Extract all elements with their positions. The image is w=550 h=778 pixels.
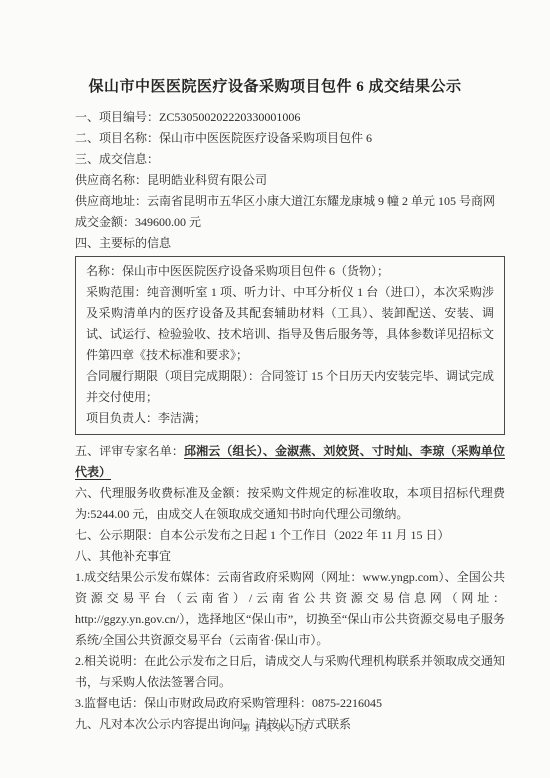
subject-heading: 四、主要标的信息 (75, 233, 505, 254)
supplier-name-line: 供应商名称：昆明皓业科贸有限公司 (75, 170, 505, 191)
other-note3: 3.监督电话：保山市财政局政府采购管理科：0875-2216045 (75, 693, 505, 714)
project-name-label: 二、项目名称： (75, 131, 159, 145)
subject-contract-period: 合同履行期限（项目完成期限）：合同签订 15 个日历天内安装完毕、调试完成并交付… (86, 366, 494, 408)
supplier-address-value: 云南省昆明市五华区小康大道江东耀龙康城 9 幢 2 单元 105 号商网 (147, 194, 495, 208)
experts-line: 五、评审专家名单：邱湘云（组长）、金淑燕、刘姣贤、寸时灿、李琼（采购单位代表） (75, 441, 505, 483)
deal-info-heading: 三、成交信息： (75, 149, 505, 170)
subject-name: 名称：保山市中医医院医疗设备采购项目包件 6（货物）； (86, 261, 494, 282)
subject-scope: 采购范围：纯音测听室 1 项、听力计、中耳分析仪 1 台（进口），本次采购涉及采… (86, 282, 494, 366)
supplier-name-label: 供应商名称： (75, 173, 147, 187)
deal-amount-value: 349600.00 元 (135, 215, 201, 229)
project-name-line: 二、项目名称：保山市中医医院医疗设备采购项目包件 6 (75, 128, 505, 149)
other-note1: 1.成交结果公示发布媒体：云南省政府采购网（网址：www.yngp.com）、全… (75, 567, 505, 651)
other-note1-text: 1.成交结果公示发布媒体：云南省政府采购网（网址：www.yngp.com）、全… (75, 570, 505, 605)
page-number: 第 1 页 共 2 页 (0, 722, 550, 734)
agency-fee-line: 六、代理服务收费标准及金额：按采购文件规定的标准收取，本项目招标代理费为:524… (75, 483, 505, 525)
deal-amount-line: 成交金额：349600.00 元 (75, 212, 505, 233)
project-number-value: ZC530500202220330001006 (159, 110, 300, 124)
subject-info-box: 名称：保山市中医医院医疗设备采购项目包件 6（货物）； 采购范围：纯音测听室 1… (75, 256, 505, 435)
other-note2: 2.相关说明：在此公示发布之日后，请成交人与采购代理机构联系并领取成交通知书，与… (75, 651, 505, 693)
deal-amount-label: 成交金额： (75, 215, 135, 229)
project-number-label: 一、项目编号： (75, 110, 159, 124)
project-name-value: 保山市中医医院医疗设备采购项目包件 6 (159, 131, 372, 145)
subject-project-manager: 项目负责人：李洁满； (86, 408, 494, 429)
supplier-address-label: 供应商地址： (75, 194, 147, 208)
page-title: 保山市中医医院医疗设备采购项目包件 6 成交结果公示 (45, 76, 505, 98)
supplier-address-line: 供应商地址：云南省昆明市五华区小康大道江东耀龙康城 9 幢 2 单元 105 号… (75, 191, 505, 212)
publicity-period-line: 七、公示期限：自本公示发布之日起 1 个工作日（2022 年 11 月 15 日… (75, 525, 505, 546)
supplier-name-value: 昆明皓业科贸有限公司 (147, 173, 267, 187)
experts-label: 五、评审专家名单： (75, 444, 184, 458)
document-page: 保山市中医医院医疗设备采购项目包件 6 成交结果公示 一、项目编号：ZC5305… (0, 0, 550, 778)
other-heading: 八、其他补充事宜 (75, 546, 505, 567)
project-number-line: 一、项目编号：ZC530500202220330001006 (75, 107, 505, 128)
gov-url-text: http://ggzy.yn.gov.cn/ (75, 612, 179, 626)
